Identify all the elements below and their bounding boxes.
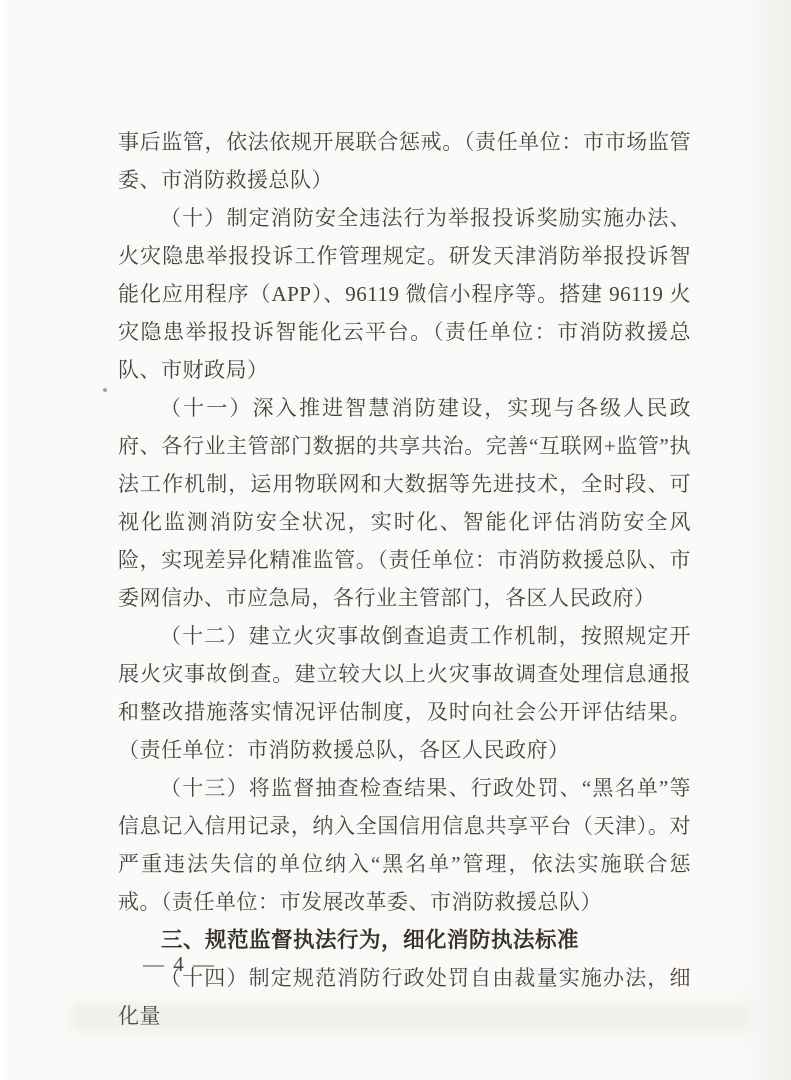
paragraph-continuation: 事后监管，依法依规开展联合惩戒。（责任单位：市市场监管委、市消防救援总队） — [118, 123, 691, 199]
paragraph-item-11: （十一）深入推进智慧消防建设，实现与各级人民政府、各行业主管部门数据的共享共治。… — [118, 389, 691, 617]
paragraph-item-10: （十）制定消防安全违法行为举报投诉奖励实施办法、火灾隐患举报投诉工作管理规定。研… — [118, 199, 691, 389]
scanned-document-screenshot: { "page": { "number_label": "— 4 —", "ba… — [0, 0, 791, 1080]
scan-edge-shade-right — [736, 0, 791, 1080]
scan-edge-shade-left — [0, 0, 10, 1080]
document-body-text: 事后监管，依法依规开展联合惩戒。（责任单位：市市场监管委、市消防救援总队） （十… — [118, 123, 691, 1035]
paragraph-item-13: （十三）将监督抽查检查结果、行政处罚、“黑名单”等信息记入信用记录，纳入全国信用… — [118, 769, 691, 921]
document-page: 事后监管，依法依规开展联合惩戒。（责任单位：市市场监管委、市消防救援总队） （十… — [0, 0, 791, 1080]
page-number: — 4 — — [143, 949, 216, 979]
paragraph-item-12: （十二）建立火灾事故倒查追责工作机制，按照规定开展火灾事故倒查。建立较大以上火灾… — [118, 617, 691, 769]
scan-speck-artifact — [103, 388, 107, 392]
